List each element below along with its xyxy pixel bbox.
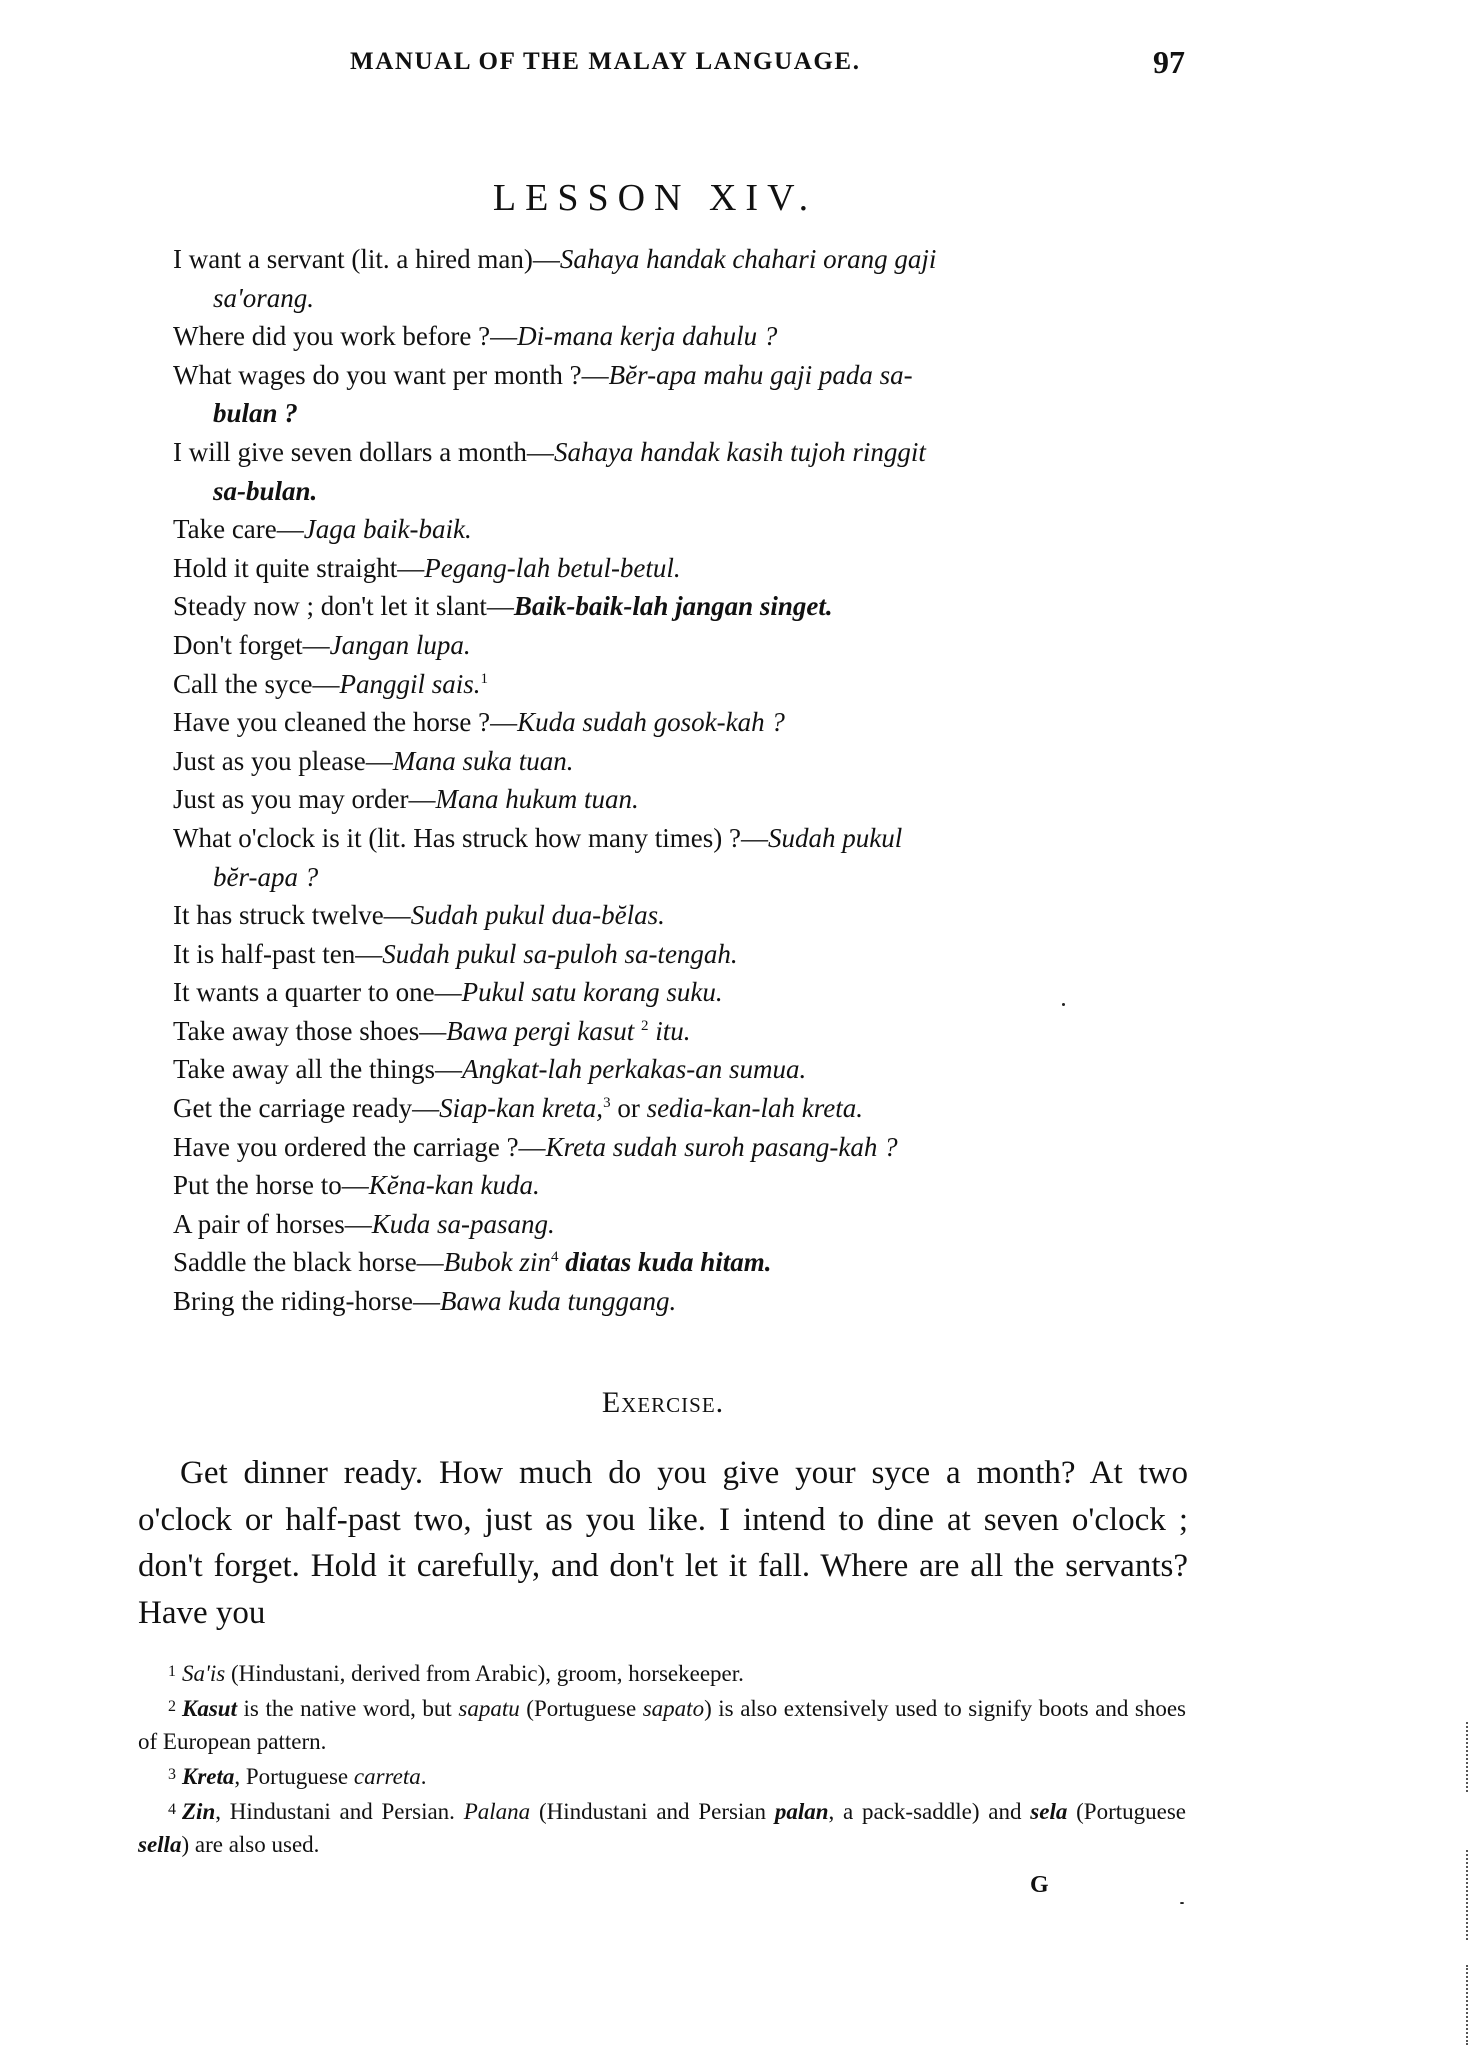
malay-phrase: Kĕna-kan kuda. xyxy=(369,1170,540,1200)
english-phrase: Just as you please— xyxy=(173,746,393,776)
english-phrase: It is half-past ten— xyxy=(173,939,382,969)
footnote-text: is the native word, but xyxy=(237,1696,458,1721)
phrase-item: What wages do you want per month ?—Bĕr-a… xyxy=(173,356,1198,433)
footnote-2: 2Kasut is the native word, but sapatu (P… xyxy=(138,1690,1186,1758)
malay-phrase-continuation: sa-bulan. xyxy=(173,472,1198,511)
footnote-term: Kreta xyxy=(182,1764,234,1789)
english-phrase: Have you cleaned the horse ?— xyxy=(173,707,517,737)
phrase-item: Take care—Jaga baik-baik. xyxy=(173,510,1198,549)
malay-phrase: Bawa pergi kasut xyxy=(446,1016,634,1046)
footnote-term: Kasut xyxy=(182,1696,237,1721)
footnote-text: . xyxy=(421,1764,427,1789)
footnote-number: 3 xyxy=(168,1766,176,1783)
malay-phrase: Pukul satu korang suku. xyxy=(462,977,723,1007)
malay-phrase: Di-mana kerja dahulu ? xyxy=(517,321,777,351)
footnote-text: (Hindustani, derived from Arabic), groom… xyxy=(225,1661,744,1686)
phrase-item: Don't forget—Jangan lupa. xyxy=(173,626,1198,665)
malay-phrase: Bubok zin xyxy=(444,1247,551,1277)
scan-edge-line xyxy=(1466,1965,1470,2045)
phrase-item: Put the horse to—Kĕna-kan kuda. xyxy=(173,1166,1198,1205)
phrase-item: Have you ordered the carriage ?—Kreta su… xyxy=(173,1128,1198,1167)
malay-phrase: Sahaya handak chahari orang gaji xyxy=(560,244,936,274)
english-phrase: A pair of horses— xyxy=(173,1209,372,1239)
english-phrase: What wages do you want per month ?— xyxy=(173,360,609,390)
malay-phrase: Baik-baik-lah jangan singet. xyxy=(514,591,833,621)
malay-phrase: Mana hukum tuan. xyxy=(435,784,638,814)
phrase-item: I want a servant (lit. a hired man)—Saha… xyxy=(173,240,1198,317)
footnote-text: (Portuguese xyxy=(1067,1799,1186,1824)
footnote-text: , a pack-saddle) and xyxy=(829,1799,1031,1824)
phrase-item: Take away all the things—Angkat-lah perk… xyxy=(173,1050,1198,1089)
english-phrase: Take away all the things— xyxy=(173,1054,462,1084)
malay-phrase: Pegang-lah betul-betul. xyxy=(424,553,680,583)
exercise-heading: Exercise. xyxy=(0,1386,1470,1420)
phrase-item: It has struck twelve—Sudah pukul dua-bĕl… xyxy=(173,896,1198,935)
english-phrase: Take care— xyxy=(173,514,304,544)
book-page: MANUAL OF THE MALAY LANGUAGE. 97 LESSON … xyxy=(0,0,1470,2045)
phrase-item: Hold it quite straight—Pegang-lah betul-… xyxy=(173,549,1198,588)
footnote-term: Zin xyxy=(182,1799,215,1824)
scan-edge-line xyxy=(1466,1722,1470,1792)
malay-phrase: Sudah pukul dua-bĕlas. xyxy=(411,900,665,930)
malay-phrase: Mana suka tuan. xyxy=(393,746,574,776)
footnote-term: palan xyxy=(775,1799,829,1824)
malay-phrase-continuation: bulan ? xyxy=(173,394,1198,433)
english-phrase: I want a servant (lit. a hired man)— xyxy=(173,244,560,274)
running-header: MANUAL OF THE MALAY LANGUAGE. xyxy=(350,48,861,76)
english-phrase: Hold it quite straight— xyxy=(173,553,424,583)
footnote-term: sella xyxy=(138,1832,181,1857)
english-phrase: It wants a quarter to one— xyxy=(173,977,462,1007)
phrase-item: It wants a quarter to one—Pukul satu kor… xyxy=(173,973,1198,1012)
exercise-paragraph: Get dinner ready. How much do you give y… xyxy=(138,1450,1188,1636)
english-phrase: Get the carriage ready— xyxy=(173,1093,439,1123)
scan-speck xyxy=(1062,1003,1065,1006)
footnote-term: sela xyxy=(1030,1799,1067,1824)
footnote-marker: 4 xyxy=(551,1249,559,1265)
malay-phrase: Sudah pukul sa-puloh sa-tengah. xyxy=(382,939,737,969)
footnote-term: sapatu xyxy=(458,1696,519,1721)
phrase-list: I want a servant (lit. a hired man)—Saha… xyxy=(173,240,1198,1321)
phrase-item: Bring the riding-horse—Bawa kuda tunggan… xyxy=(173,1282,1198,1321)
scan-speck xyxy=(1180,1902,1184,1904)
malay-phrase: Kreta sudah suroh pasang-kah ? xyxy=(546,1132,898,1162)
malay-phrase-tail: sedia-kan-lah kreta. xyxy=(647,1093,863,1123)
english-phrase: Saddle the black horse— xyxy=(173,1247,444,1277)
english-phrase: Where did you work before ?— xyxy=(173,321,517,351)
conjunction: or xyxy=(617,1093,640,1123)
english-phrase: Take away those shoes— xyxy=(173,1016,446,1046)
english-phrase: Bring the riding-horse— xyxy=(173,1286,440,1316)
english-phrase: Call the syce— xyxy=(173,669,339,699)
malay-phrase-tail: diatas kuda hitam. xyxy=(565,1247,771,1277)
malay-phrase: Bĕr-apa mahu gaji pada sa- xyxy=(609,360,913,390)
english-phrase: Put the horse to— xyxy=(173,1170,369,1200)
lesson-title: LESSON XIV. xyxy=(0,176,1470,220)
footnotes: 1Sa'is (Hindustani, derived from Arabic)… xyxy=(138,1655,1186,1861)
malay-phrase: Kuda sa-pasang. xyxy=(372,1209,555,1239)
english-phrase: What o'clock is it (lit. Has struck how … xyxy=(173,823,768,853)
footnote-number: 1 xyxy=(168,1663,176,1680)
phrase-item: Just as you may order—Mana hukum tuan. xyxy=(173,780,1198,819)
footnote-marker: 2 xyxy=(641,1018,649,1034)
english-phrase: Don't forget— xyxy=(173,630,330,660)
phrase-item: Take away those shoes—Bawa pergi kasut 2… xyxy=(173,1012,1198,1051)
footnote-number: 4 xyxy=(168,1801,176,1818)
footnote-1: 1Sa'is (Hindustani, derived from Arabic)… xyxy=(138,1655,1186,1690)
english-phrase: Have you ordered the carriage ?— xyxy=(173,1132,546,1162)
malay-phrase-continuation: bĕr-apa ? xyxy=(173,858,1198,897)
phrase-item: What o'clock is it (lit. Has struck how … xyxy=(173,819,1198,896)
phrase-item: Steady now ; don't let it slant—Baik-bai… xyxy=(173,587,1198,626)
lesson-title-text: LESSON XIV. xyxy=(493,177,817,219)
malay-phrase-continuation: sa'orang. xyxy=(173,279,1198,318)
footnote-marker: 1 xyxy=(480,671,488,687)
phrase-item: Where did you work before ?—Di-mana kerj… xyxy=(173,317,1198,356)
malay-phrase-tail: itu. xyxy=(655,1016,690,1046)
phrase-item: It is half-past ten—Sudah pukul sa-puloh… xyxy=(173,935,1198,974)
footnote-text: , Portuguese xyxy=(234,1764,353,1789)
english-phrase: I will give seven dollars a month— xyxy=(173,437,554,467)
page-number: 97 xyxy=(1153,44,1185,81)
footnote-number: 2 xyxy=(168,1698,176,1715)
footnote-text: (Portuguese xyxy=(520,1696,643,1721)
footnote-term: Sa'is xyxy=(182,1661,225,1686)
english-phrase: Steady now ; don't let it slant— xyxy=(173,591,514,621)
phrase-item: Get the carriage ready—Siap-kan kreta,3 … xyxy=(173,1089,1198,1128)
phrase-item: Just as you please—Mana suka tuan. xyxy=(173,742,1198,781)
malay-phrase: Bawa kuda tunggang. xyxy=(440,1286,676,1316)
phrase-item: Call the syce—Panggil sais.1 xyxy=(173,665,1198,704)
english-phrase: It has struck twelve— xyxy=(173,900,411,930)
english-phrase: Just as you may order— xyxy=(173,784,435,814)
phrase-item: I will give seven dollars a month—Sahaya… xyxy=(173,433,1198,510)
malay-phrase: Sudah pukul xyxy=(768,823,902,853)
phrase-item: A pair of horses—Kuda sa-pasang. xyxy=(173,1205,1198,1244)
footnote-term: Palana xyxy=(464,1799,530,1824)
malay-phrase: Sahaya handak kasih tujoh ringgit xyxy=(554,437,926,467)
exercise-heading-text: Exercise. xyxy=(602,1386,724,1419)
scan-edge-line xyxy=(1466,1850,1470,1940)
malay-phrase: Kuda sudah gosok-kah ? xyxy=(517,707,785,737)
malay-phrase: Panggil sais. xyxy=(339,669,480,699)
footnote-4: 4Zin, Hindustani and Persian. Palana (Hi… xyxy=(138,1793,1186,1861)
footnote-3: 3Kreta, Portuguese carreta. xyxy=(138,1758,1186,1793)
phrase-item: Saddle the black horse—Bubok zin4 diatas… xyxy=(173,1243,1198,1282)
malay-phrase: Angkat-lah perkakas-an sumua. xyxy=(462,1054,806,1084)
footnote-term: sapato xyxy=(643,1696,704,1721)
malay-phrase: Jaga baik-baik. xyxy=(304,514,472,544)
footnote-text: (Hindustani and Persian xyxy=(530,1799,775,1824)
malay-phrase: Jangan lupa. xyxy=(330,630,471,660)
signature-mark: G xyxy=(1030,1872,1049,1899)
footnote-term: carreta xyxy=(354,1764,421,1789)
footnote-text: , Hindustani and Persian. xyxy=(215,1799,463,1824)
malay-phrase: Siap-kan kreta, xyxy=(439,1093,603,1123)
phrase-item: Have you cleaned the horse ?—Kuda sudah … xyxy=(173,703,1198,742)
footnote-text: ) are also used. xyxy=(181,1832,319,1857)
footnote-marker: 3 xyxy=(603,1095,611,1111)
